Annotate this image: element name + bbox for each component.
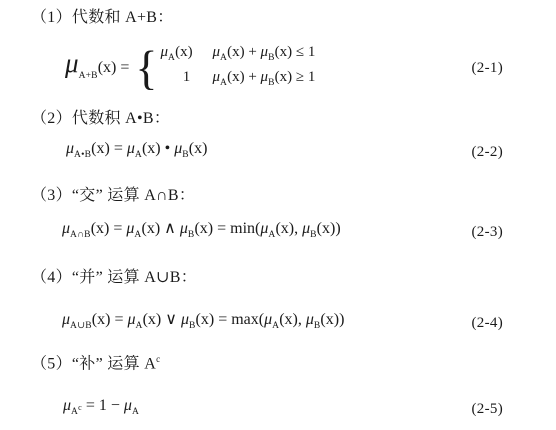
equation-2-4: μA∪B(x) = μA(x) ∨ μB(x) = max(μA(x), μB(… — [62, 309, 344, 337]
item-4-heading: （4）“并” 运算 A∪B： — [31, 268, 556, 288]
piecewise-case-1: μA(x) μA(x) + μB(x) ≤ 1 — [161, 43, 316, 68]
item-5-heading: （5）“补” 运算 Ac — [31, 349, 556, 374]
case-1-condition: μA(x) + μB(x) ≤ 1 — [213, 43, 316, 68]
case-2-condition: μA(x) + μB(x) ≥ 1 — [213, 68, 316, 93]
equation-number-2-5: (2-5) — [472, 398, 504, 420]
case-1-value: μA(x) — [161, 43, 213, 68]
case-2-value: 1 — [161, 68, 213, 93]
equation-2-5-row: μAc = 1 − μA (2-5) — [0, 398, 556, 420]
equation-2-1-row: μA+B(x) = { μA(x) μA(x) + μB(x) ≤ 1 1 μA… — [0, 43, 556, 93]
item-3-heading: （3）“交” 运算 A∩B： — [31, 186, 556, 206]
equation-number-2-2: (2-2) — [472, 141, 504, 163]
equation-2-4-row: μA∪B(x) = μA(x) ∨ μB(x) = max(μA(x), μB(… — [0, 312, 556, 334]
equation-2-2-row: μA•B(x) = μA(x) • μB(x) (2-2) — [0, 141, 556, 163]
piecewise-brace: { — [135, 44, 157, 92]
equation-2-3: μA∩B(x) = μA(x) ∧ μB(x) = min(μA(x), μB(… — [62, 218, 341, 246]
document-page: （1）代数和 A+B： μA+B(x) = { μA(x) μA(x) + μB… — [0, 0, 556, 430]
equation-2-1-lhs: μA+B(x) = — [65, 50, 129, 87]
equation-2-5: μAc = 1 − μA — [63, 395, 139, 423]
equation-2-1: μA+B(x) = { μA(x) μA(x) + μB(x) ≤ 1 1 μA… — [65, 43, 315, 93]
equation-number-2-3: (2-3) — [472, 221, 504, 243]
equation-2-2: μA•B(x) = μA(x) • μB(x) — [66, 138, 207, 166]
item-2-heading: （2）代数积 A•B： — [31, 109, 556, 129]
equation-2-3-row: μA∩B(x) = μA(x) ∧ μB(x) = min(μA(x), μB(… — [0, 221, 556, 243]
piecewise-cases: μA(x) μA(x) + μB(x) ≤ 1 1 μA(x) + μB(x) … — [161, 43, 316, 93]
item-1-heading: （1）代数和 A+B： — [31, 8, 556, 28]
equation-number-2-1: (2-1) — [472, 57, 504, 79]
piecewise-case-2: 1 μA(x) + μB(x) ≥ 1 — [161, 68, 316, 93]
equation-number-2-4: (2-4) — [472, 312, 504, 334]
